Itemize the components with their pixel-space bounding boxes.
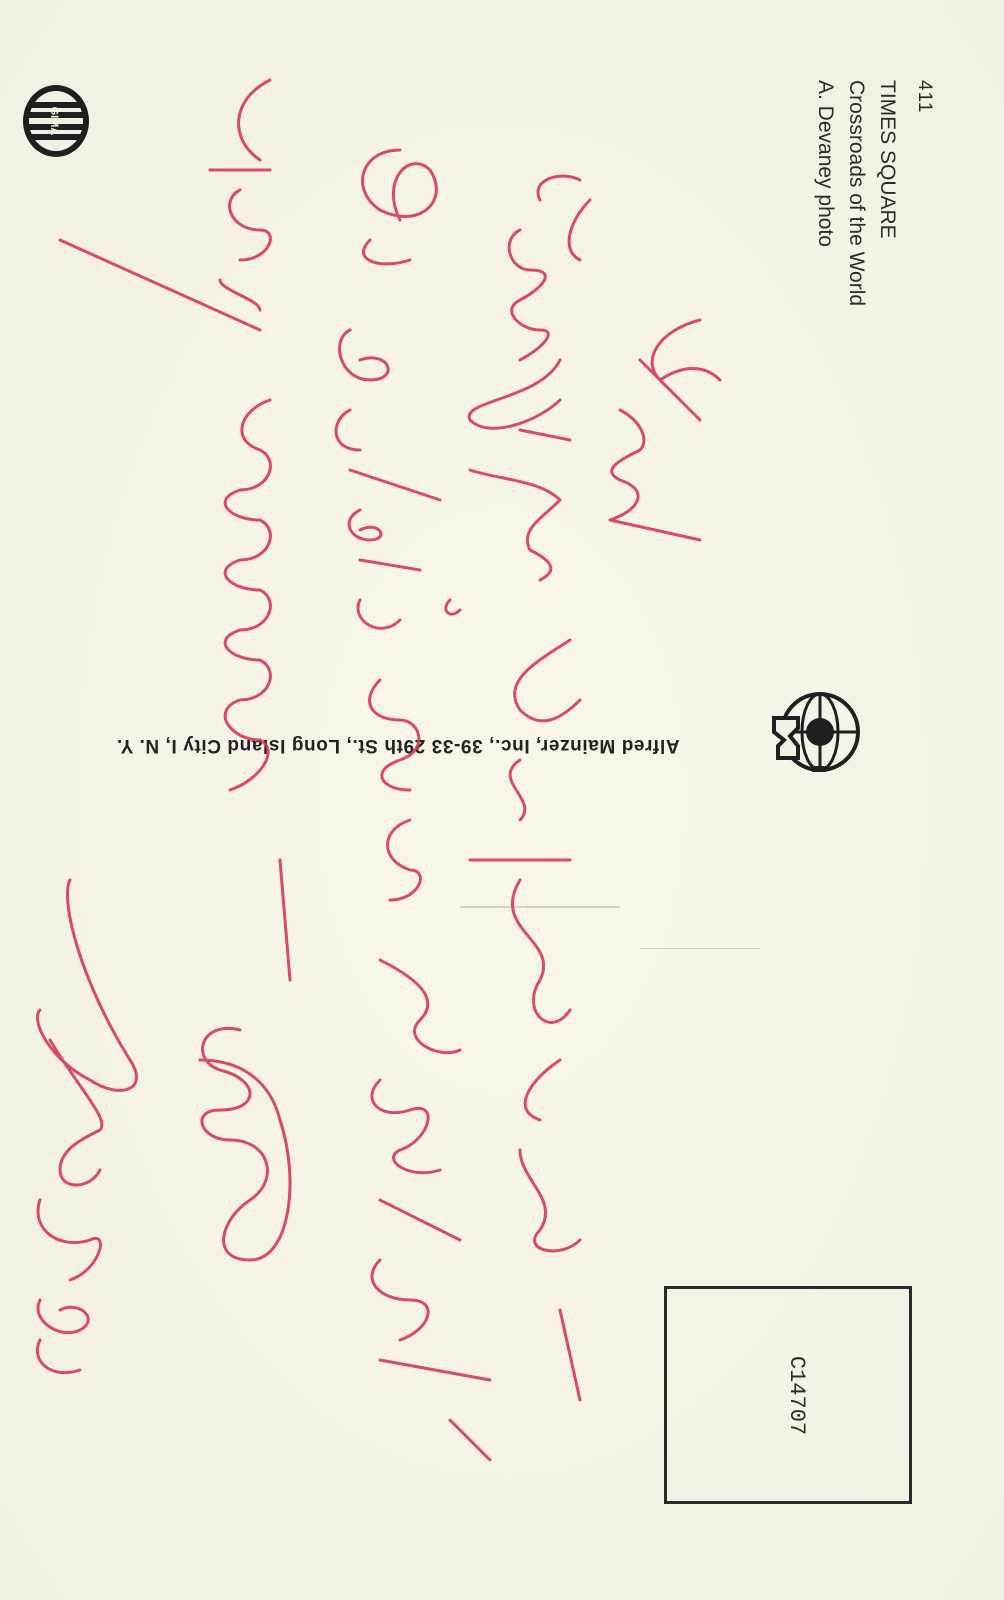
handwriting-line-amy — [610, 320, 720, 540]
caption-subtitle: Crossroads of the World — [841, 80, 872, 440]
caption-title: TIMES SQUARE — [872, 80, 903, 440]
card-number: 411 — [909, 80, 940, 440]
stamp-box: C14707 — [664, 1286, 912, 1504]
globe-logo-icon — [768, 688, 864, 784]
scratch-mark — [640, 948, 760, 949]
caption-block: 411 TIMES SQUARE Crossroads of the World… — [790, 80, 940, 440]
handwriting-line-3 — [336, 150, 490, 1460]
handwriting-line-4 — [60, 80, 290, 980]
scratch-mark — [460, 906, 620, 908]
handwriting-signature — [37, 880, 136, 1373]
hw-line: Amy — [0, 0, 1, 1]
svg-text:GIMA: GIMA — [48, 107, 60, 136]
handwriting-love — [200, 1028, 290, 1260]
stamp-code: C14707 — [784, 1356, 809, 1435]
publisher-line: Alfred Mainzer, Inc., 39-33 29th St., Lo… — [48, 726, 748, 756]
gima-seal-icon: GIMA — [20, 82, 92, 160]
postcard-back: GIMA 411 TIMES SQUARE Crossroads of the … — [0, 0, 1004, 1600]
photo-credit: A. Devaney photo — [810, 80, 841, 440]
handwriting-transcript: Amy Thought you might like this — Old As… — [0, 0, 1, 1]
handwriting-line-2 — [469, 176, 590, 1400]
